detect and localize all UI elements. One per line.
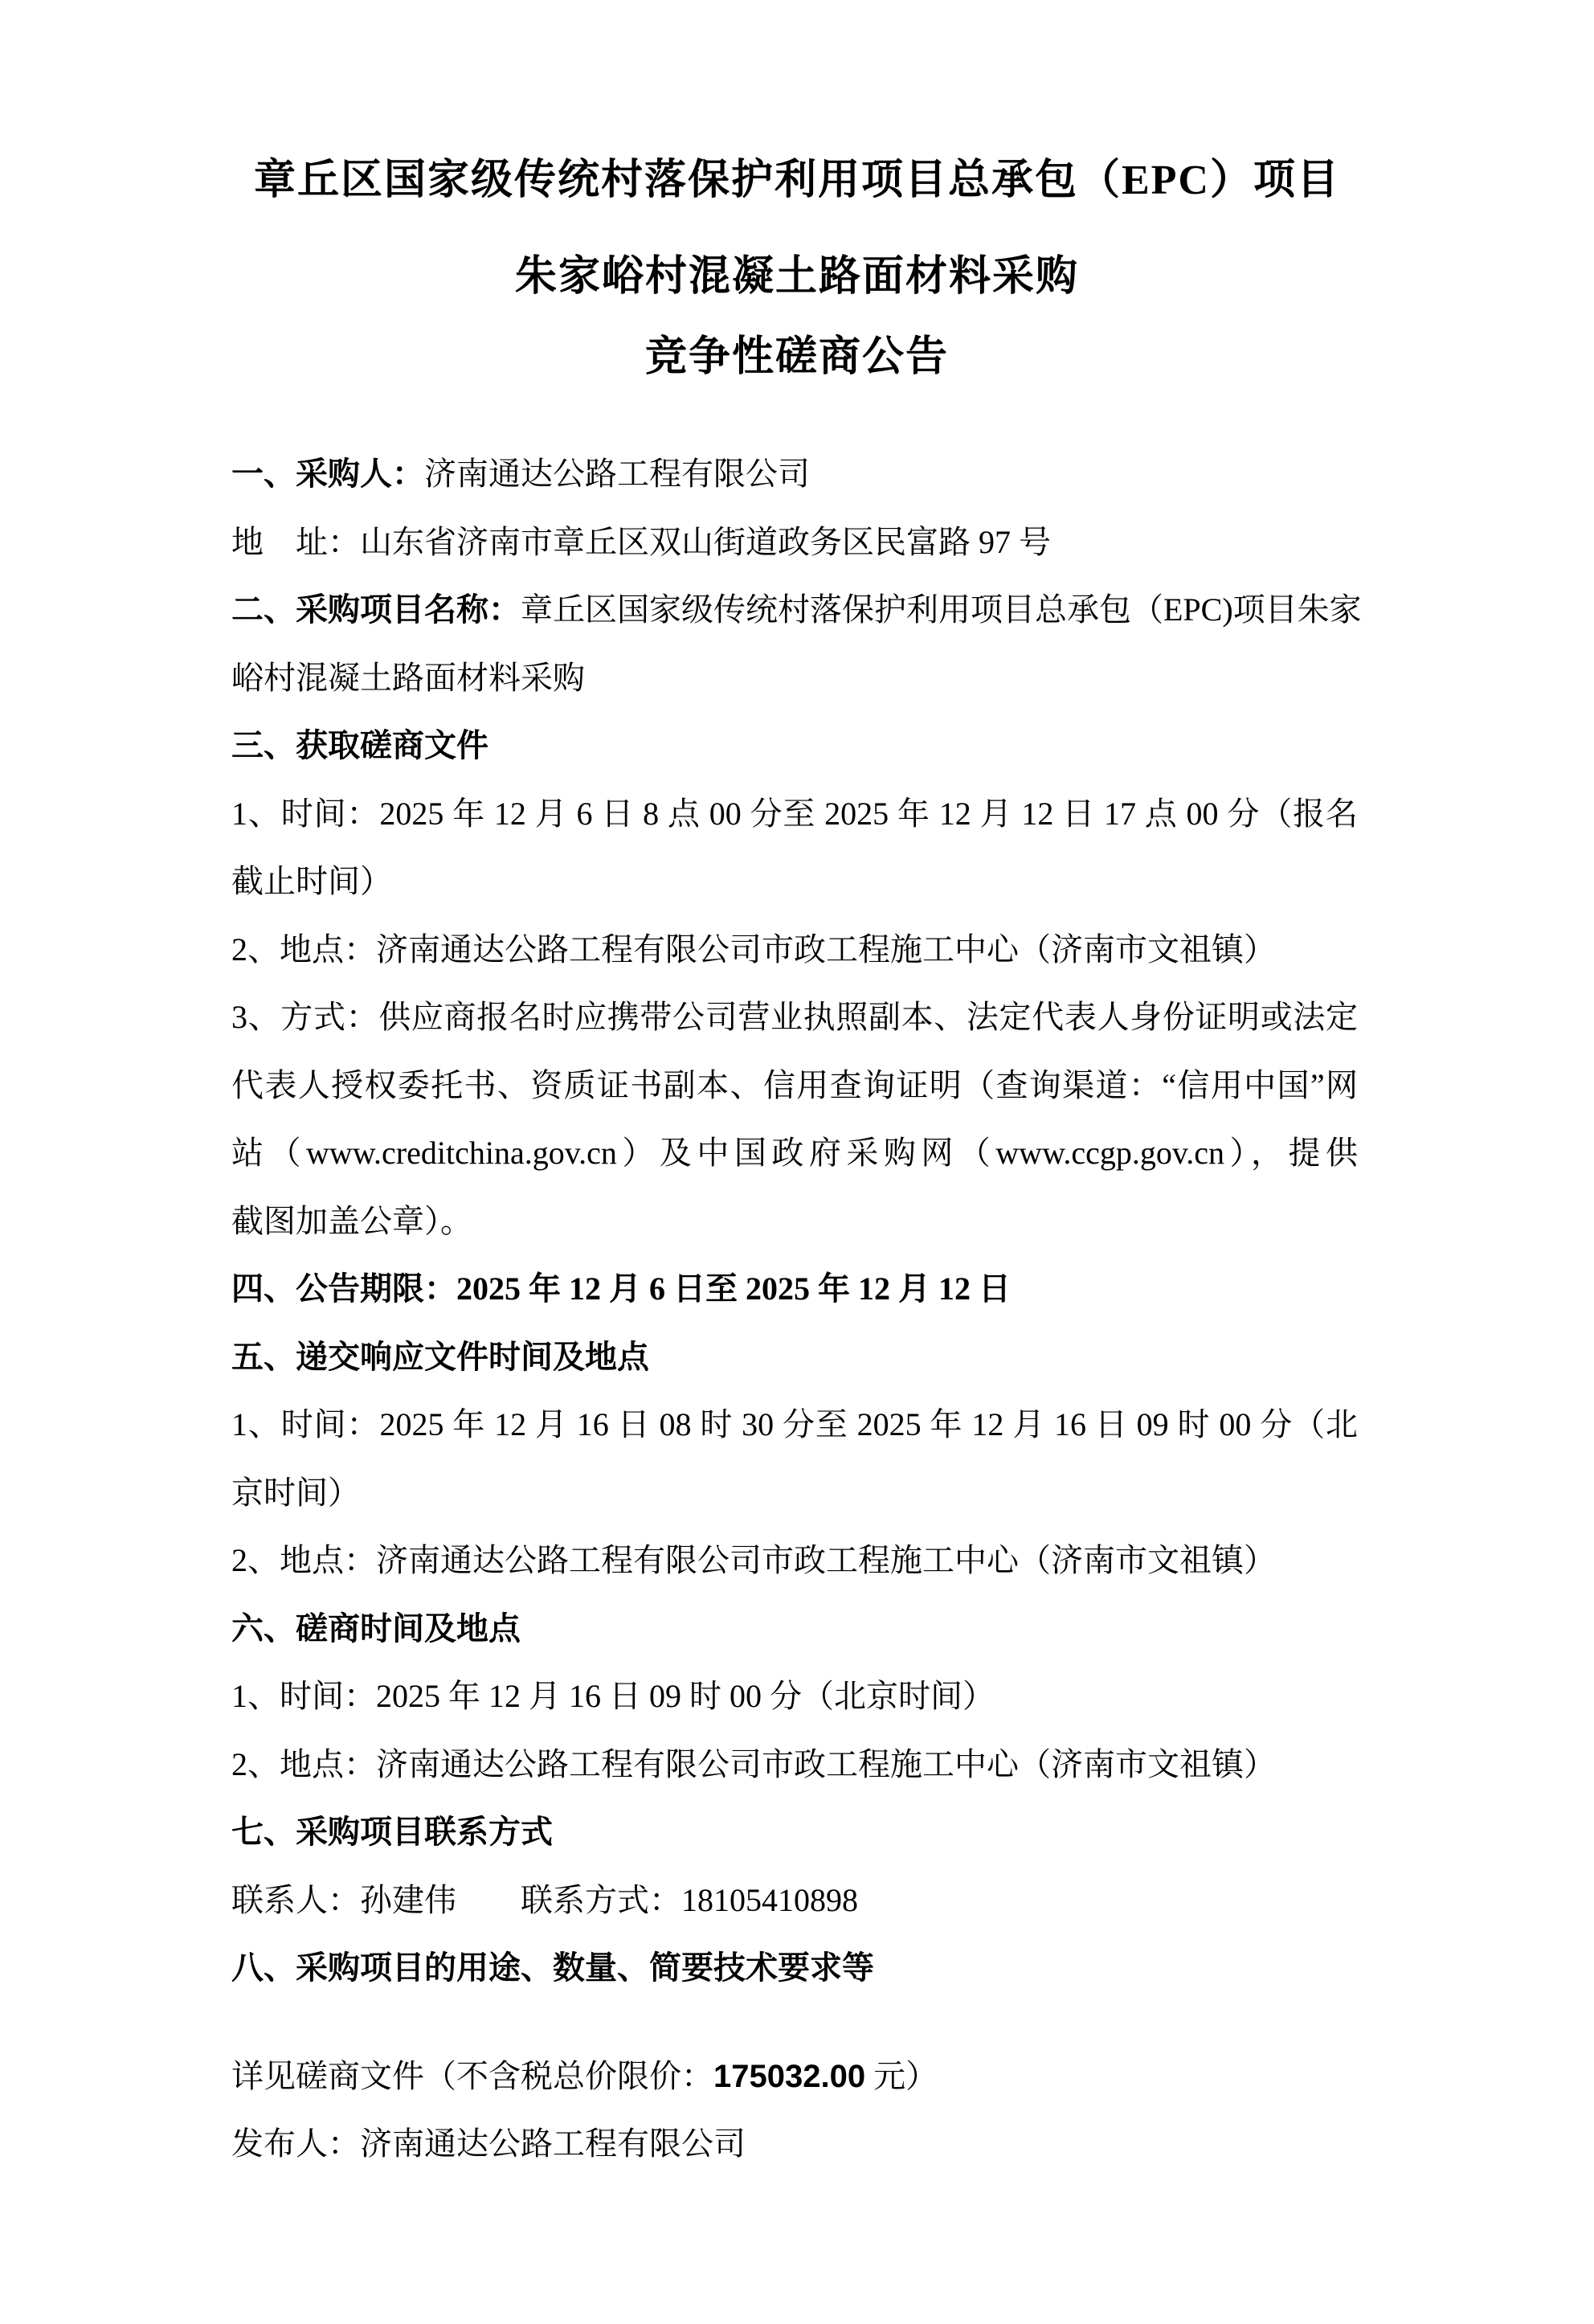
title-line-3: 竞争性磋商公告 — [0, 317, 1594, 398]
section-3-time-line-2: 截止时间） — [231, 848, 1358, 916]
title-line-1: 章丘区国家级传统村落保护利用项目总承包（EPC）项目 — [0, 141, 1594, 221]
price-limit-line: 详见磋商文件（不含税总价限价：175032.00 元） — [231, 2043, 1358, 2111]
price-limit-value: 175032.00 — [713, 2059, 865, 2094]
section-6-time-line: 1、时间：2025 年 12 月 16 日 09 时 00 分（北京时间） — [231, 1663, 1358, 1731]
section-3-method-line-2: 代表人授权委托书、资质证书副本、信用查询证明（查询渠道：“信用中国”网 — [231, 1052, 1358, 1120]
price-limit-suffix: 元） — [865, 2058, 938, 2094]
section-3-time-line-1: 1、时间：2025 年 12 月 6 日 8 点 00 分至 2025 年 12… — [231, 780, 1358, 849]
document-body: 一、采购人：济南通达公路工程有限公司 地 址：山东省济南市章丘区双山街道政务区民… — [231, 440, 1358, 2179]
section-3-place-line: 2、地点：济南通达公路工程有限公司市政工程施工中心（济南市文祖镇） — [231, 916, 1358, 984]
project-name-line-1: 二、采购项目名称：章丘区国家级传统村落保护利用项目总承包（EPC)项目朱家 — [231, 576, 1358, 644]
project-name-value: 章丘区国家级传统村落保护利用项目总承包（EPC)项目朱家 — [521, 591, 1362, 628]
section-3-method-line-3: 站（www.creditchina.gov.cn）及中国政府采购网（www.cc… — [231, 1119, 1358, 1188]
section-4-heading: 四、公告期限：2025 年 12 月 6 日至 2025 年 12 月 12 日 — [231, 1255, 1358, 1324]
section-5-place-line: 2、地点：济南通达公路工程有限公司市政工程施工中心（济南市文祖镇） — [231, 1527, 1358, 1595]
section-6-heading: 六、磋商时间及地点 — [231, 1595, 1358, 1663]
title-line-2: 朱家峪村混凝土路面材料采购 — [0, 237, 1594, 317]
section-7-heading: 七、采购项目联系方式 — [231, 1798, 1358, 1867]
announcement-document-page: 章丘区国家级传统村落保护利用项目总承包（EPC）项目 朱家峪村混凝土路面材料采购… — [0, 0, 1594, 2324]
section-8-heading: 八、采购项目的用途、数量、简要技术要求等 — [231, 1934, 1358, 2003]
address-line: 地 址：山东省济南市章丘区双山街道政务区民富路 97 号 — [231, 509, 1358, 577]
document-title: 章丘区国家级传统村落保护利用项目总承包（EPC）项目 朱家峪村混凝土路面材料采购… — [0, 0, 1594, 398]
publisher-line: 发布人：济南通达公路工程有限公司 — [231, 2110, 1358, 2179]
section-3-method-line-1: 3、方式：供应商报名时应携带公司营业执照副本、法定代表人身份证明或法定 — [231, 984, 1358, 1052]
section-5-time-line-2: 京时间） — [231, 1459, 1358, 1528]
section-6-place-line: 2、地点：济南通达公路工程有限公司市政工程施工中心（济南市文祖镇） — [231, 1731, 1358, 1799]
purchaser-value: 济南通达公路工程有限公司 — [424, 456, 810, 492]
section-5-heading: 五、递交响应文件时间及地点 — [231, 1324, 1358, 1392]
project-name-line-2: 峪村混凝土路面材料采购 — [231, 644, 1358, 713]
purchaser-line: 一、采购人：济南通达公路工程有限公司 — [231, 440, 1358, 509]
contact-line: 联系人：孙建伟 联系方式：18105410898 — [231, 1867, 1358, 1935]
section-3-heading: 三、获取磋商文件 — [231, 712, 1358, 780]
project-name-label: 二、采购项目名称： — [231, 591, 521, 628]
section-5-time-line-1: 1、时间：2025 年 12 月 16 日 08 时 30 分至 2025 年 … — [231, 1391, 1358, 1459]
section-3-method-line-4: 截图加盖公章）。 — [231, 1188, 1358, 1256]
purchaser-label: 一、采购人： — [231, 456, 424, 492]
price-limit-prefix: 详见磋商文件（不含税总价限价： — [231, 2058, 713, 2094]
